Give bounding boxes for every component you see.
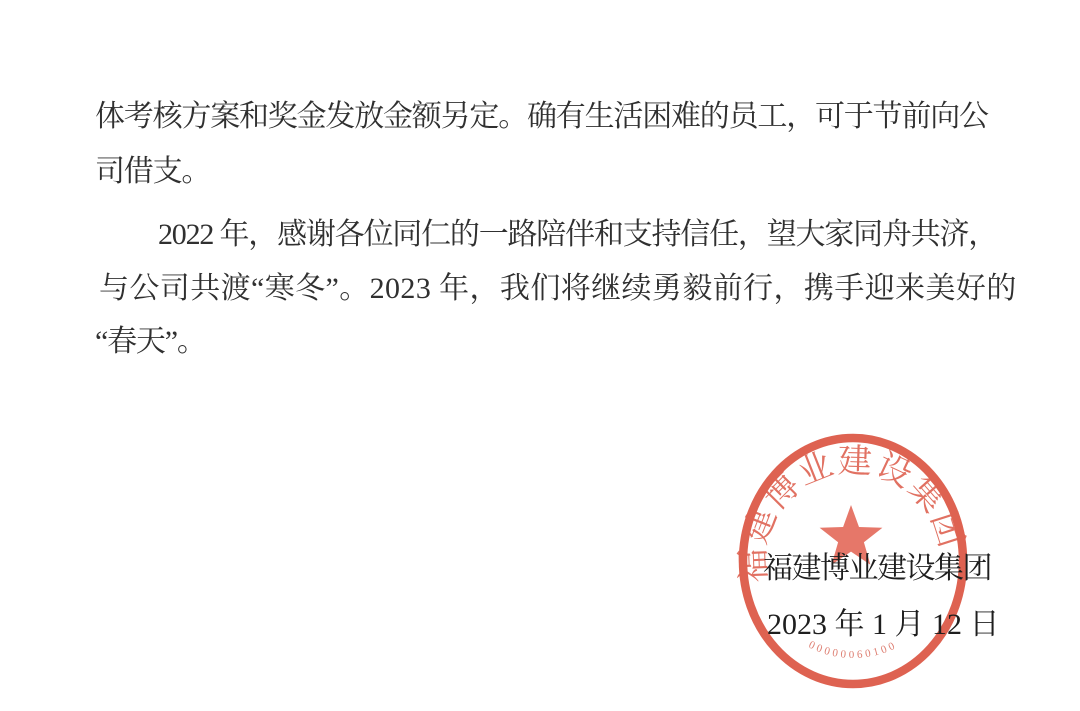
document-line: 体考核方案和奖金发放金额另定。确有生活困难的员工，可于节前向公 [95,102,988,132]
signature-date: 2023 年 1 月 12 日 [767,610,1000,640]
document-page: 体考核方案和奖金发放金额另定。确有生活困难的员工，可于节前向公 司借支。 202… [0,0,1080,711]
signature-company: 福建博业建设集团 [763,554,991,584]
document-line: 2022 年，感谢各位同仁的一路陪伴和支持信任，望大家同舟共济， [158,220,997,250]
seal-serial-number: 00000060100 [807,639,900,661]
document-line: “春天”。 [95,327,206,357]
document-line: 与公司共渡“寒冬”。2023 年，我们将继续勇毅前行，携手迎来美好的 [99,274,1017,304]
document-line: 司借支。 [95,157,210,187]
